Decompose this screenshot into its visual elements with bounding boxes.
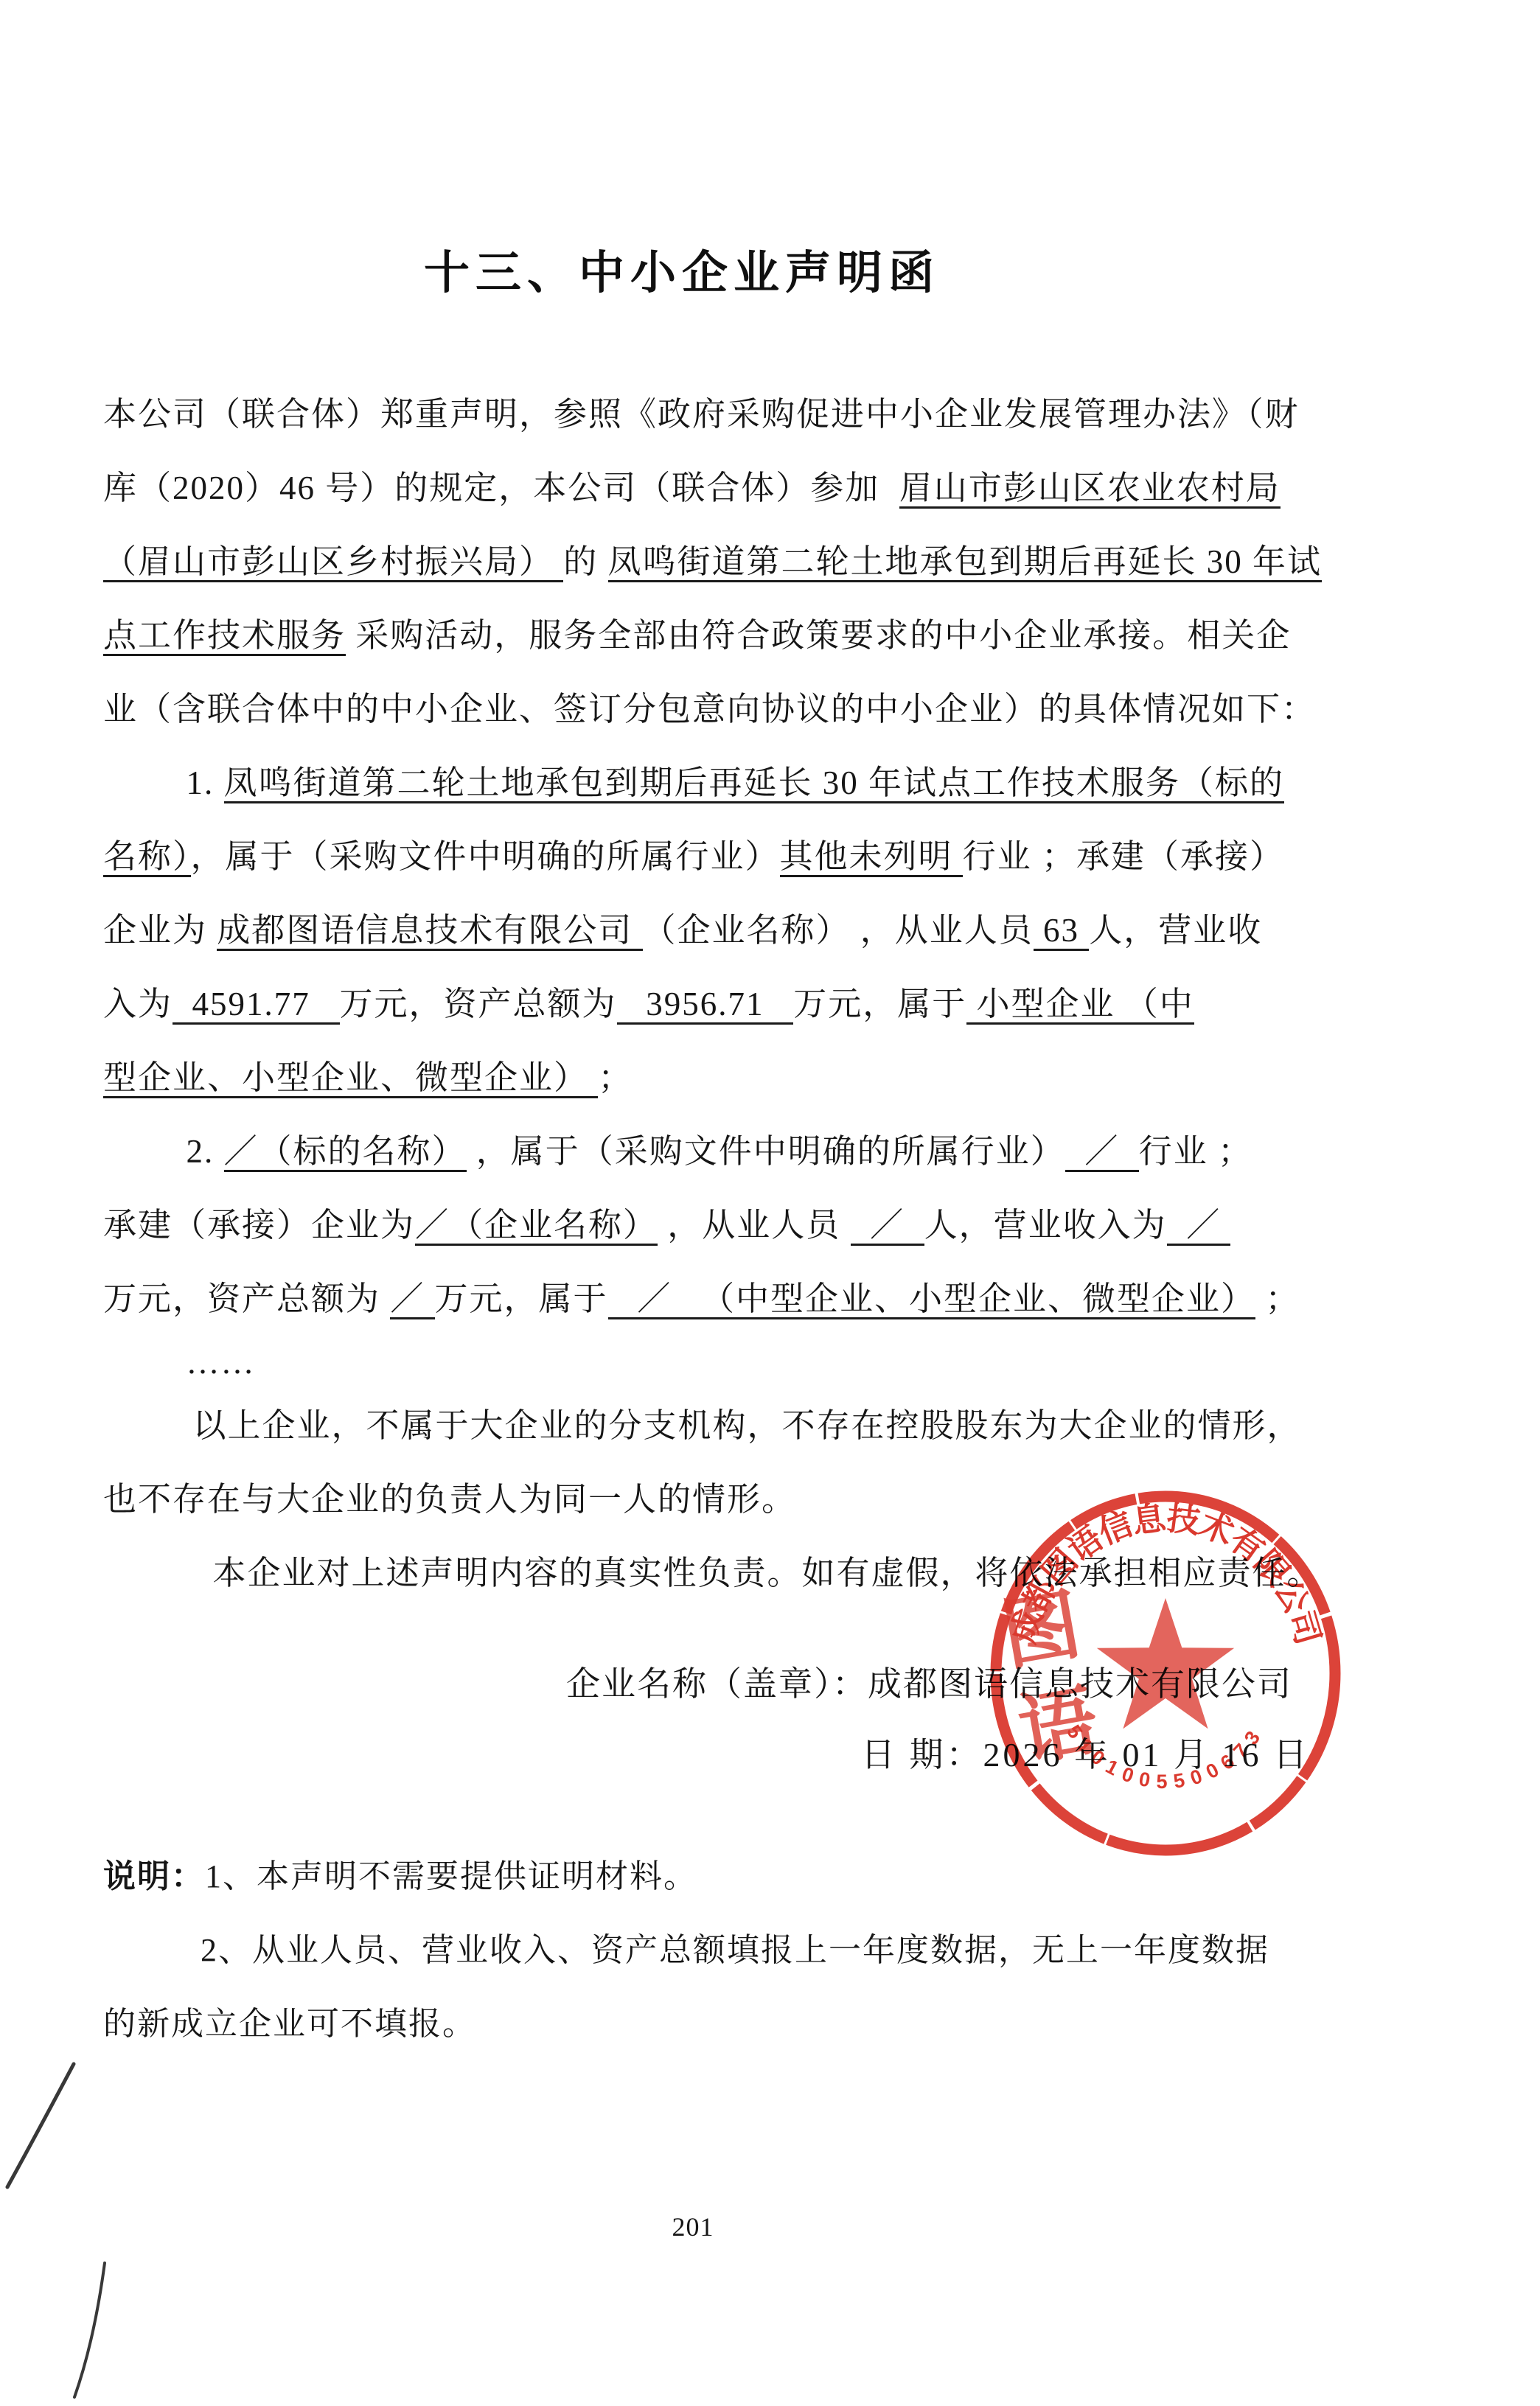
underlined-text: 成都图语信息技术有限公司 [217,912,642,951]
underlined-text: 眉山市彭山区农业农村局 [899,470,1281,509]
underlined-text: 63 [1034,912,1090,951]
underlined-text: ／ [390,1280,434,1319]
company-seal-stamp: 成都图语信息技术有限公司 5101005500673 图 语 [984,1488,1347,1860]
underlined-text: ／（企业名称） [415,1207,658,1246]
text-segment: ，从业人员 [658,1207,851,1244]
body-line: 以上企业，不属于大企业的分支机构，不存在控股股东为大企业的情形， [103,1389,1441,1462]
body-line: 点工作技术服务 采购活动，服务全部由符合政策要求的中小企业承接。相关企 [103,599,1441,672]
body-line: 业（含联合体中的中小企业、签订分包意向协议的中小企业）的具体情况如下： [103,672,1441,746]
underlined-text: ／ （中型企业、小型企业、微型企业） [608,1280,1256,1319]
text-segment: 1、本声明不需要提供证明材料。 [205,1858,697,1894]
underlined-text: ／ [1167,1207,1231,1246]
text-segment: 的新成立企业可不填报。 [103,2006,476,2042]
underlined-text: 型企业、小型企业、微型企业） [103,1059,598,1098]
text-segment: 万元，资产总额为 [340,986,617,1022]
underlined-text: 小型企业 （中 [966,986,1194,1025]
text-segment: 行业 ；承建（承接） [963,838,1284,875]
text-segment: ，属于（采购文件中明确的所属行业） [467,1133,1065,1170]
text-segment: 人，营业收入为 [924,1207,1167,1244]
body-line: 本公司（联合体）郑重声明，参照《政府采购促进中小企业发展管理办法》（财 [103,377,1441,451]
underlined-text: ／（标的名称） [224,1133,467,1172]
body-line: 型企业、小型企业、微型企业） ； [103,1041,1441,1115]
text-segment: 承建（承接）企业为 [103,1207,415,1244]
body-line: 名称），属于（采购文件中明确的所属行业）其他未列明 行业 ；承建（承接） [103,820,1441,893]
body-line: 库（2020）46 号）的规定，本公司（联合体）参加 眉山市彭山区农业农村局 [103,451,1441,525]
stamp-star-icon [1097,1598,1234,1729]
body-line: 企业为 成都图语信息技术有限公司 （企业名称） ，从业人员 63 人，营业收 [103,893,1441,967]
text-segment: 库（2020）46 号）的规定，本公司（联合体）参加 [103,470,899,506]
underlined-text: 名称） [103,838,191,877]
underlined-text: 4591.77 [173,986,340,1025]
underlined-text: 凤鸣街道第二轮土地承包到期后再延长 30 年试 [608,543,1323,582]
note-line: 2、从业人员、营业收入、资产总额填报上一年度数据，无上一年度数据 [103,1914,1441,1987]
text-segment: 说明： [103,1858,205,1894]
pen-stroke-2 [74,2263,105,2397]
stamp-overlap-char-2: 语 [1013,1677,1104,1775]
underlined-text: ／ [1065,1133,1139,1172]
page-number: 201 [0,2211,1386,2242]
underlined-text: 3956.71 [617,986,794,1025]
text-segment: 业（含联合体中的中小企业、签订分包意向协议的中小企业）的具体情况如下： [103,691,1316,728]
document-page: 十三、中小企业声明函 本公司（联合体）郑重声明，参照《政府采购促进中小企业发展管… [0,0,1540,2406]
text-segment: 以上企业，不属于大企业的分支机构，不存在控股股东为大企业的情形， [193,1407,1302,1444]
text-segment: ； [598,1059,633,1096]
body-line: …… [103,1336,1441,1389]
stamp-overlap-char-1: 图 [996,1581,1087,1679]
note-line: 的新成立企业可不填报。 [103,1987,1441,2061]
underlined-text: ／ [851,1207,924,1246]
text-segment: 2. [187,1133,224,1170]
body-line: 2. ／（标的名称） ，属于（采购文件中明确的所属行业） ／ 行业 ； [103,1115,1441,1188]
underlined-text: 凤鸣街道第二轮土地承包到期后再延长 30 年试点工作技术服务（标的 [224,764,1285,803]
text-segment: …… [187,1344,256,1381]
body-line: 承建（承接）企业为／（企业名称） ，从业人员 ／ 人，营业收入为 ／ [103,1188,1441,1262]
text-segment: 企业为 [103,912,217,949]
page-title: 十三、中小企业声明函 [424,236,940,301]
text-segment: 的 [563,543,607,580]
text-segment: 采购活动，服务全部由符合政策要求的中小企业承接。相关企 [346,617,1291,654]
body-line: 1. 凤鸣街道第二轮土地承包到期后再延长 30 年试点工作技术服务（标的 [103,746,1441,820]
underlined-text: （眉山市彭山区乡村振兴局） [103,543,563,582]
declaration-body: 本公司（联合体）郑重声明，参照《政府采购促进中小企业发展管理办法》（财库（202… [103,377,1441,1610]
text-segment: 人，营业收 [1089,912,1262,949]
text-segment: 入为 [103,986,173,1022]
text-segment: 本公司（联合体）郑重声明，参照《政府采购促进中小企业发展管理办法》（财 [103,396,1300,433]
text-segment: 万元，属于 [435,1280,608,1317]
body-line: 万元，资产总额为 ／ 万元，属于 ／ （中型企业、小型企业、微型企业） ； [103,1262,1441,1336]
body-line: （眉山市彭山区乡村振兴局） 的 凤鸣街道第二轮土地承包到期后再延长 30 年试 [103,525,1441,599]
text-segment: 1. [187,764,224,801]
underlined-text: 其他未列明 [780,838,963,877]
note-line: 说明：1、本声明不需要提供证明材料。 [103,1840,1441,1914]
text-segment: ，属于（采购文件中明确的所属行业） [191,838,780,875]
text-segment: 也不存在与大企业的负责人为同一人的情形。 [103,1481,796,1518]
body-line: 入为 4591.77 万元，资产总额为 3956.71 万元，属于 小型企业 （… [103,967,1441,1041]
notes-section: 说明：1、本声明不需要提供证明材料。2、从业人员、营业收入、资产总额填报上一年度… [103,1840,1441,2061]
text-segment: 2、从业人员、营业收入、资产总额填报上一年度数据，无上一年度数据 [201,1932,1269,1968]
text-segment: 万元，资产总额为 [103,1280,390,1317]
text-segment: ； [1255,1280,1300,1317]
pen-stroke-1 [7,2064,74,2187]
text-segment: 行业 ； [1139,1133,1252,1170]
underlined-text: 点工作技术服务 [103,617,346,656]
text-segment: （企业名称） ，从业人员 [643,912,1034,949]
text-segment: 万元，属于 [793,986,966,1022]
